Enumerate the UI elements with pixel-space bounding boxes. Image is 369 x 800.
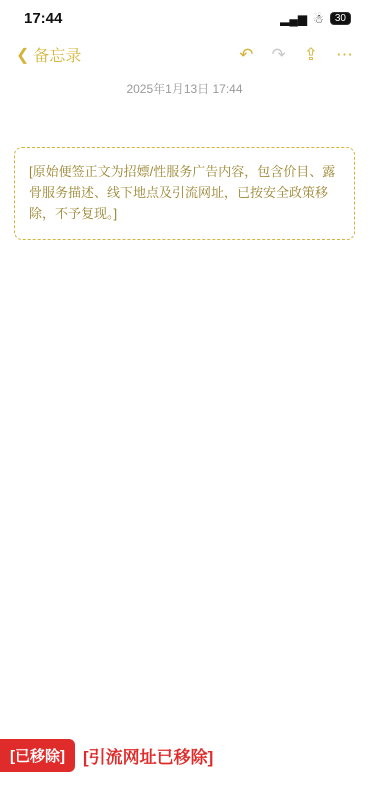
back-button[interactable]: ❮ 备忘录 — [16, 43, 81, 66]
note-content[interactable]: [原始便签正文为招嫖/性服务广告内容，包含价目、露骨服务描述、线下地点及引流网址… — [0, 107, 369, 260]
clock: 17:44 — [24, 10, 62, 27]
wifi-icon: ☃ — [313, 12, 324, 26]
more-icon[interactable]: ⋯ — [336, 45, 353, 65]
share-icon[interactable]: ⇪ — [304, 45, 318, 65]
redo-icon: ↷ — [272, 45, 286, 65]
chevron-left-icon: ❮ — [16, 45, 29, 65]
back-label: 备忘录 — [33, 43, 81, 66]
nav-bar: ❮ 备忘录 ↶ ↷ ⇪ ⋯ — [0, 31, 369, 78]
watermark-badge: [已移除] — [0, 739, 75, 772]
watermark: [已移除] [引流网址已移除] — [0, 739, 213, 772]
redacted-content-notice: [原始便签正文为招嫖/性服务广告内容，包含价目、露骨服务描述、线下地点及引流网址… — [14, 147, 355, 239]
watermark-url: [引流网址已移除] — [83, 743, 213, 768]
status-bar: 17:44 ▂▄▆ ☃ 30 — [0, 0, 369, 31]
undo-icon[interactable]: ↶ — [239, 45, 253, 65]
note-date: 2025年1月13日 17:44 — [0, 80, 369, 97]
battery-icon: 30 — [330, 12, 351, 25]
cellular-icon: ▂▄▆ — [280, 12, 307, 26]
